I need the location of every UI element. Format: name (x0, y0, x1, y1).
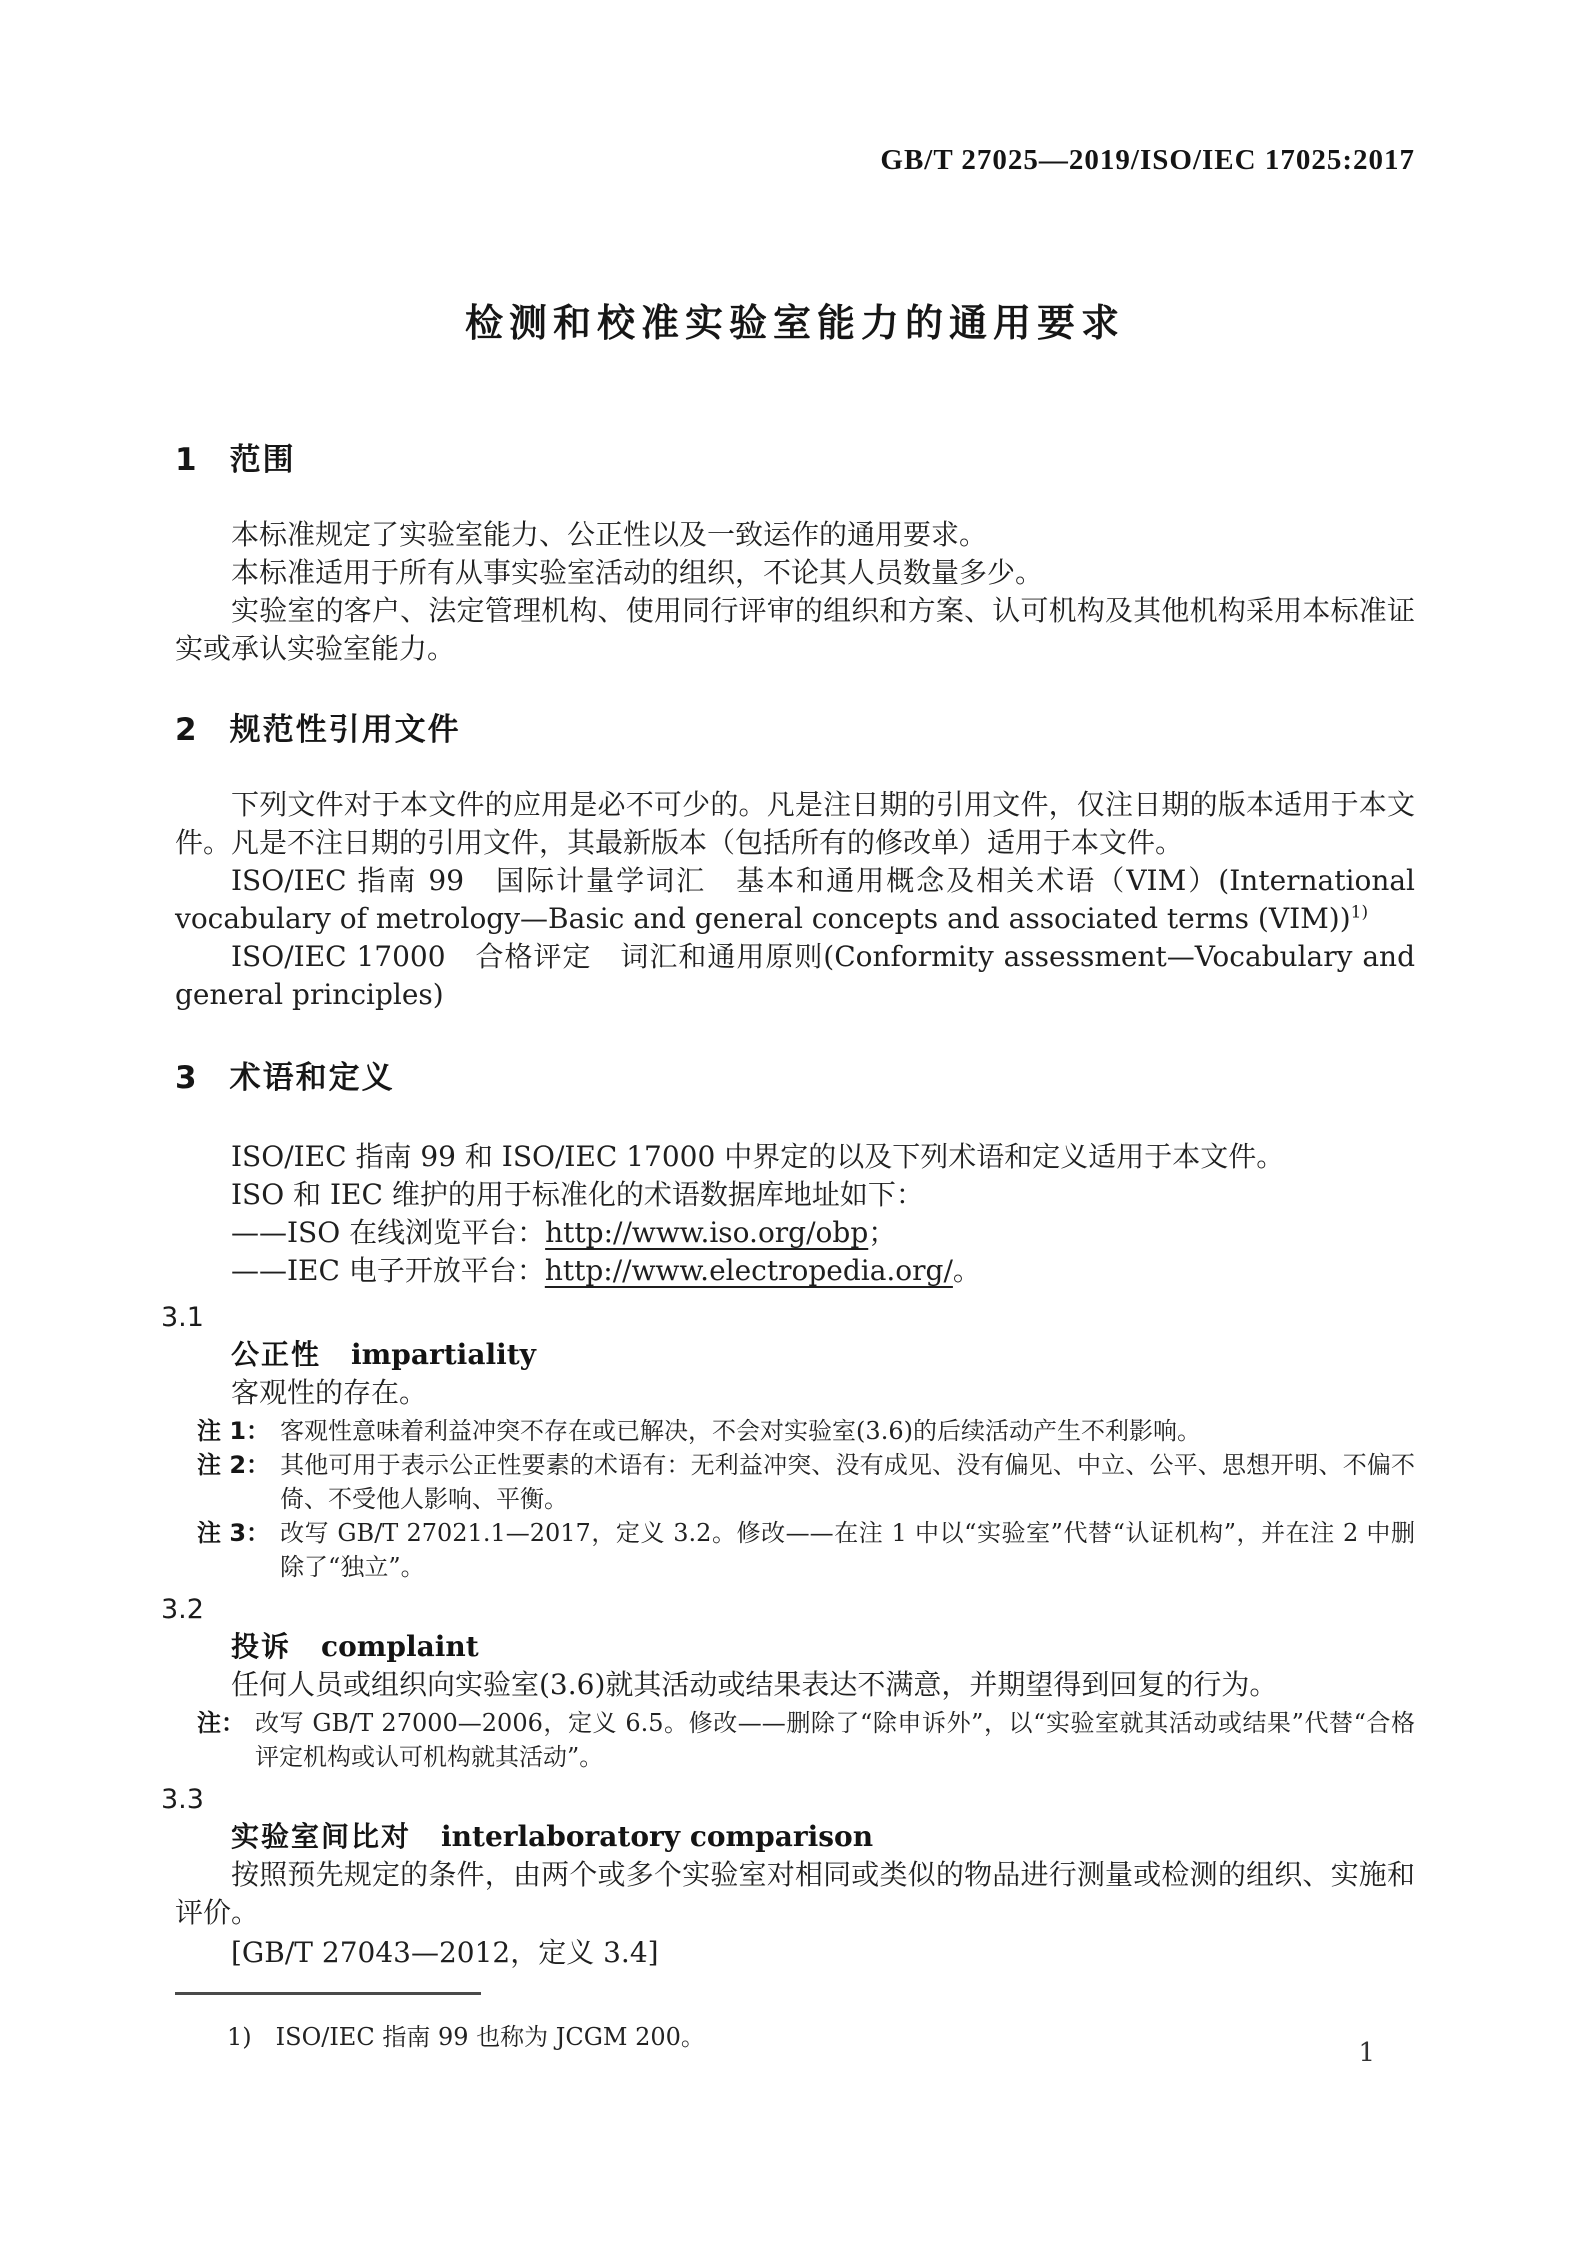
term-chinese: 公正性 (231, 1338, 321, 1371)
note-label: 注 3： (197, 1516, 270, 1584)
term-english: impartiality (351, 1338, 536, 1371)
normative-reference-2: ISO/IEC 17000 合格评定 词汇和通用原则(Conformity as… (175, 938, 1415, 1014)
link-prefix: ——IEC 电子开放平台： (231, 1254, 545, 1287)
link-suffix: 。 (953, 1254, 981, 1287)
note-item: 注：改写 GB/T 27000—2006，定义 6.5。修改——删除了“除申诉外… (175, 1706, 1415, 1774)
terminology-database-item: ——ISO 在线浏览平台：http://www.iso.org/obp； (175, 1214, 1415, 1252)
term-chinese: 投诉 (231, 1630, 291, 1663)
term-english: complaint (321, 1630, 479, 1663)
normative-reference-1: ISO/IEC 指南 99 国际计量学词汇 基本和通用概念及相关术语（VIM）(… (175, 862, 1415, 938)
term-definition: 按照预先规定的条件，由两个或多个实验室对相同或类似的物品进行测量或检测的组织、实… (175, 1856, 1415, 1932)
footnote: 1) ISO/IEC 指南 99 也称为 JCGM 200。 (175, 2021, 1415, 2053)
note-label: 注： (197, 1706, 245, 1774)
section-3-intro: ISO 和 IEC 维护的用于标准化的术语数据库地址如下： (175, 1176, 1415, 1214)
note-item: 注 1：客观性意味着利益冲突不存在或已解决，不会对实验室(3.6)的后续活动产生… (175, 1414, 1415, 1448)
section-2-title: 规范性引用文件 (230, 712, 461, 748)
clause-number-3-3: 3.3 (161, 1782, 1415, 1818)
section-3-intro: ISO/IEC 指南 99 和 ISO/IEC 17000 中界定的以及下列术语… (175, 1138, 1415, 1176)
note-text: 改写 GB/T 27021.1—2017，定义 3.2。修改——在注 1 中以“… (280, 1516, 1415, 1584)
section-1-number: 1 (175, 442, 197, 478)
section-1-paragraph: 本标准适用于所有从事实验室活动的组织，不论其人员数量多少。 (175, 554, 1415, 592)
footnote-separator (175, 1992, 481, 1995)
term-chinese: 实验室间比对 (231, 1820, 411, 1853)
footnote-marker: 1) (227, 2021, 252, 2053)
section-2-number: 2 (175, 712, 197, 748)
note-label: 注 2： (197, 1448, 270, 1516)
iso-obp-link: http://www.iso.org/obp (545, 1216, 868, 1249)
term-definition: 任何人员或组织向实验室(3.6)就其活动或结果表达不满意，并期望得到回复的行为。 (175, 1666, 1415, 1704)
note-item: 注 2：其他可用于表示公正性要素的术语有：无利益冲突、没有成见、没有偏见、中立、… (175, 1448, 1415, 1516)
note-text: 其他可用于表示公正性要素的术语有：无利益冲突、没有成见、没有偏见、中立、公平、思… (280, 1448, 1415, 1516)
section-2-intro: 下列文件对于本文件的应用是必不可少的。凡是注日期的引用文件，仅注日期的版本适用于… (175, 786, 1415, 862)
section-1-heading: 1范围 (175, 440, 1415, 480)
term-entry: 公正性impartiality (175, 1336, 1415, 1374)
iec-electropedia-link: http://www.electropedia.org/ (545, 1254, 953, 1287)
clause-number-3-1: 3.1 (161, 1300, 1415, 1336)
link-prefix: ——ISO 在线浏览平台： (231, 1216, 545, 1249)
footnote-reference-marker: 1) (1351, 903, 1368, 923)
term-entry: 实验室间比对interlaboratory comparison (175, 1818, 1415, 1856)
section-3-heading: 3术语和定义 (175, 1058, 1415, 1098)
page-number: 1 (1358, 2038, 1375, 2068)
section-1-title: 范围 (230, 442, 296, 478)
section-1-paragraph: 实验室的客户、法定管理机构、使用同行评审的组织和方案、认可机构及其他机构采用本标… (175, 592, 1415, 668)
term-source-reference: [GB/T 27043—2012，定义 3.4] (175, 1934, 1415, 1972)
clause-number-3-2: 3.2 (161, 1592, 1415, 1628)
document-title: 检测和校准实验室能力的通用要求 (175, 298, 1415, 348)
term-entry: 投诉complaint (175, 1628, 1415, 1666)
note-item: 注 3：改写 GB/T 27021.1—2017，定义 3.2。修改——在注 1… (175, 1516, 1415, 1584)
document-page: GB/T 27025—2019/ISO/IEC 17025:2017 检测和校准… (0, 0, 1587, 2245)
term-english: interlaboratory comparison (441, 1820, 873, 1853)
note-text: 改写 GB/T 27000—2006，定义 6.5。修改——删除了“除申诉外”，… (255, 1706, 1415, 1774)
section-3-title: 术语和定义 (230, 1060, 395, 1096)
term-notes: 注：改写 GB/T 27000—2006，定义 6.5。修改——删除了“除申诉外… (175, 1706, 1415, 1774)
term-notes: 注 1：客观性意味着利益冲突不存在或已解决，不会对实验室(3.6)的后续活动产生… (175, 1414, 1415, 1584)
term-definition: 客观性的存在。 (175, 1374, 1415, 1412)
section-3-number: 3 (175, 1060, 197, 1096)
terminology-database-item: ——IEC 电子开放平台：http://www.electropedia.org… (175, 1252, 1415, 1290)
section-1-paragraph: 本标准规定了实验室能力、公正性以及一致运作的通用要求。 (175, 516, 1415, 554)
note-text: 客观性意味着利益冲突不存在或已解决，不会对实验室(3.6)的后续活动产生不利影响… (280, 1414, 1415, 1448)
link-suffix: ； (868, 1216, 896, 1249)
note-label: 注 1： (197, 1414, 270, 1448)
standard-designation: GB/T 27025—2019/ISO/IEC 17025:2017 (175, 142, 1415, 178)
footnote-text: ISO/IEC 指南 99 也称为 JCGM 200。 (276, 2021, 705, 2053)
reference-text: ISO/IEC 指南 99 国际计量学词汇 基本和通用概念及相关术语（VIM）(… (175, 864, 1415, 935)
section-2-heading: 2规范性引用文件 (175, 710, 1415, 750)
